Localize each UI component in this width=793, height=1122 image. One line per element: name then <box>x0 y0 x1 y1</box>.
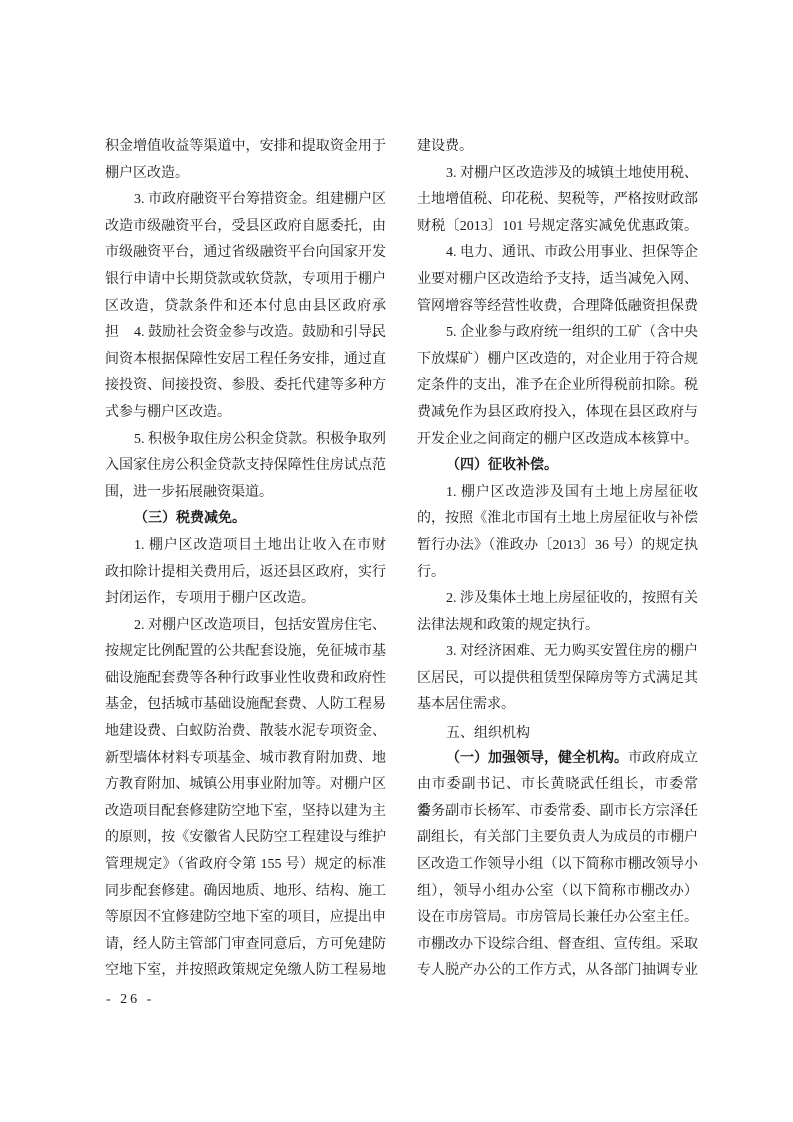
body-text: 改造项目配套修建防空地下室，坚持以建为主 <box>105 804 386 819</box>
text-line: 区改造，贷款条件和还本付息由县区政府承担。 <box>105 294 386 321</box>
body-text: 棚户区改造。 <box>105 166 189 181</box>
text-line: 入国家住房公积金贷款支持保障性住房试点范 <box>105 453 386 480</box>
body-text: 土地增值税、印花税、契税等，严格按财政部 <box>417 192 698 207</box>
text-line: 3. 市政府融资平台筹措资金。组建棚户区 <box>105 187 386 214</box>
text-line: 地建设费、白蚁防治费、散装水泥专项资金、 <box>105 719 386 746</box>
text-line: 按规定比例配置的公共配套设施，免征城市基 <box>105 639 386 666</box>
text-line: 的，按照《淮北市国有土地上房屋征收与补偿 <box>417 506 698 533</box>
body-text: 积金增值收益等渠道中，安排和提取资金用于 <box>105 139 386 154</box>
text-line: 法律法规和政策的规定执行。 <box>417 613 698 640</box>
text-line: 2. 涉及集体土地上房屋征收的，按照有关 <box>417 586 698 613</box>
body-text: 2. 对棚户区改造项目，包括安置房住宅、 <box>134 618 386 633</box>
body-text: 开发企业之间商定的棚户区改造成本核算中。 <box>417 432 698 447</box>
text-line: 由市委副书记、市长黄晓武任组长，市委常委、 <box>417 772 698 799</box>
body-text: 基金，包括城市基础设施配套费、人防工程易 <box>105 697 386 712</box>
body-text: 改造市级融资平台，受县区政府自愿委托，由 <box>105 219 386 234</box>
text-line: 积金增值收益等渠道中，安排和提取资金用于 <box>105 134 386 161</box>
text-line: 五、组织机构 <box>417 719 698 746</box>
body-text: 5. 企业参与政府统一组织的工矿（含中央 <box>446 325 698 340</box>
body-text: 暂行办法》（淮政办〔2013〕36 号）的规定执 <box>417 538 698 553</box>
text-line: 5. 积极争取住房公积金贷款。积极争取列 <box>105 427 386 454</box>
body-text: 市棚改办下设综合组、督查组、宣传组。采取 <box>417 937 698 952</box>
text-line: 新型墙体材料专项基金、城市教育附加费、地 <box>105 746 386 773</box>
document-page: 积金增值收益等渠道中，安排和提取资金用于棚户区改造。3. 市政府融资平台筹措资金… <box>0 0 793 1122</box>
text-line: 改造项目配套修建防空地下室，坚持以建为主 <box>105 799 386 826</box>
text-line: 4. 电力、通讯、市政公用事业、担保等企 <box>417 240 698 267</box>
text-line: 管理规定》（省政府令第 155 号）规定的标准 <box>105 852 386 879</box>
text-line: 区居民，可以提供租赁型保障房等方式满足其 <box>417 666 698 693</box>
body-text: 的原则，按《安徽省人民防空工程建设与维护 <box>105 830 386 845</box>
body-text: 业要对棚户区改造给予支持，适当减免入网、 <box>417 272 698 287</box>
text-line: 的原则，按《安徽省人民防空工程建设与维护 <box>105 825 386 852</box>
text-line: 建设费。 <box>417 134 698 161</box>
text-line: 5. 企业参与政府统一组织的工矿（含中央 <box>417 320 698 347</box>
body-text: 等原因不宜修建防空地下室的项目，应提出申 <box>105 910 386 925</box>
body-text: 3. 市政府融资平台筹措资金。组建棚户区 <box>134 192 386 207</box>
text-line: 专人脱产办公的工作方式，从各部门抽调专业 <box>417 958 698 985</box>
body-text: 请，经人防主管部门审查同意后，方可免建防 <box>105 937 386 952</box>
text-line: （三）税费减免。 <box>105 506 386 533</box>
text-line: 管网增容等经营性收费，合理降低融资担保费 <box>417 294 698 321</box>
body-text: 础设施配套费等各种行政事业性收费和政府性 <box>105 671 386 686</box>
body-text: 同步配套修建。确因地质、地形、结构、施工 <box>105 884 386 899</box>
section-heading: 五、组织机构 <box>446 724 530 740</box>
body-text: 空地下室，并按照政策规定免缴人防工程易地 <box>105 963 386 978</box>
text-line: 土地增值税、印花税、契税等，严格按财政部 <box>417 187 698 214</box>
text-line: 区改造工作领导小组（以下简称市棚改领导小 <box>417 852 698 879</box>
column-right: 建设费。3. 对棚户区改造涉及的城镇土地使用税、土地增值税、印花税、契税等，严格… <box>417 134 698 985</box>
body-text: 专人脱产办公的工作方式，从各部门抽调专业 <box>417 963 698 978</box>
text-line: 棚户区改造。 <box>105 161 386 188</box>
text-line: 式参与棚户区改造。 <box>105 400 386 427</box>
text-line: 基金，包括城市基础设施配套费、人防工程易 <box>105 692 386 719</box>
text-line: 银行申请中长期贷款或软贷款，专项用于棚户 <box>105 267 386 294</box>
text-line: 市棚改办下设综合组、督查组、宣传组。采取 <box>417 932 698 959</box>
body-text: 财税〔2013〕101 号规定落实减免优惠政策。 <box>417 219 698 234</box>
body-text: 法律法规和政策的规定执行。 <box>417 618 599 633</box>
subsection-heading: （三）税费减免。 <box>134 511 246 526</box>
text-line: 开发企业之间商定的棚户区改造成本核算中。 <box>417 427 698 454</box>
text-line: 改造市级融资平台，受县区政府自愿委托，由 <box>105 214 386 241</box>
text-line: 等原因不宜修建防空地下室的项目，应提出申 <box>105 905 386 932</box>
body-text: 区改造工作领导小组（以下简称市棚改领导小 <box>417 857 698 872</box>
body-text: 市级融资平台，通过省级融资平台向国家开发 <box>105 245 386 260</box>
text-line: 行。 <box>417 560 698 587</box>
body-text: 式参与棚户区改造。 <box>105 405 231 420</box>
text-line: 组），领导小组办公室（以下简称市棚改办） <box>417 879 698 906</box>
text-line: 础设施配套费等各种行政事业性收费和政府性 <box>105 666 386 693</box>
text-line: 3. 对经济困难、无力购买安置住房的棚户 <box>417 639 698 666</box>
text-line: 基本居住需求。 <box>417 692 698 719</box>
body-text: 3. 对棚户区改造涉及的城镇土地使用税、 <box>446 166 698 181</box>
body-text: 设在市房管局。市房管局长兼任办公室主任。 <box>417 910 698 925</box>
text-line: 副组长，有关部门主要负责人为成员的市棚户 <box>417 825 698 852</box>
body-text: 常务副市长杨军、市委常委、副市长方宗泽任 <box>417 804 698 819</box>
document-body: 积金增值收益等渠道中，安排和提取资金用于棚户区改造。3. 市政府融资平台筹措资金… <box>105 134 698 985</box>
text-line: 封闭运作，专项用于棚户区改造。 <box>105 586 386 613</box>
body-text: 下放煤矿）棚户区改造的，对企业用于符合规 <box>417 352 698 367</box>
subsection-heading: （一）加强领导，健全机构。 <box>446 751 628 766</box>
body-text: 定条件的支出，准予在企业所得税前扣除。税 <box>417 378 698 393</box>
body-text: 政扣除计提相关费用后，返还县区政府，实行 <box>105 565 386 580</box>
text-line: 间资本根据保障性安居工程任务安排，通过直 <box>105 347 386 374</box>
body-text: 接投资、间接投资、参股、委托代建等多种方 <box>105 378 386 393</box>
body-text: 1. 棚户区改造涉及国有土地上房屋征收 <box>446 485 698 500</box>
body-text: 副组长，有关部门主要负责人为成员的市棚户 <box>417 830 698 845</box>
text-line: 4. 鼓励社会资金参与改造。鼓励和引导民 <box>105 320 386 347</box>
body-text: 间资本根据保障性安居工程任务安排，通过直 <box>105 352 386 367</box>
body-text: 地建设费、白蚁防治费、散装水泥专项资金、 <box>105 724 386 739</box>
page-number: - 26 - <box>106 992 154 1008</box>
text-line: 常务副市长杨军、市委常委、副市长方宗泽任 <box>417 799 698 826</box>
text-line: （一）加强领导，健全机构。市政府成立 <box>417 746 698 773</box>
text-line: 市级融资平台，通过省级融资平台向国家开发 <box>105 240 386 267</box>
text-line: 设在市房管局。市房管局长兼任办公室主任。 <box>417 905 698 932</box>
text-line: 财税〔2013〕101 号规定落实减免优惠政策。 <box>417 214 698 241</box>
text-line: 政扣除计提相关费用后，返还县区政府，实行 <box>105 560 386 587</box>
body-text: 的，按照《淮北市国有土地上房屋征收与补偿 <box>417 511 698 526</box>
text-line: 1. 棚户区改造项目土地出让收入在市财 <box>105 533 386 560</box>
body-text: 3. 对经济困难、无力购买安置住房的棚户 <box>446 644 698 659</box>
text-line: 同步配套修建。确因地质、地形、结构、施工 <box>105 879 386 906</box>
subsection-heading: （四）征收补偿。 <box>446 458 558 473</box>
body-text: 新型墙体材料专项基金、城市教育附加费、地 <box>105 751 386 766</box>
text-line: 1. 棚户区改造涉及国有土地上房屋征收 <box>417 480 698 507</box>
text-line: 方教育附加、城镇公用事业附加等。对棚户区 <box>105 772 386 799</box>
text-line: 定条件的支出，准予在企业所得税前扣除。税 <box>417 373 698 400</box>
body-text: 费减免作为县区政府投入，体现在县区政府与 <box>417 405 698 420</box>
body-text: 围，进一步拓展融资渠道。 <box>105 485 273 500</box>
body-text: 入国家住房公积金贷款支持保障性住房试点范 <box>105 458 386 473</box>
text-line: 2. 对棚户区改造项目，包括安置房住宅、 <box>105 613 386 640</box>
text-line: 围，进一步拓展融资渠道。 <box>105 480 386 507</box>
text-line: 暂行办法》（淮政办〔2013〕36 号）的规定执 <box>417 533 698 560</box>
text-line: 接投资、间接投资、参股、委托代建等多种方 <box>105 373 386 400</box>
body-text: 银行申请中长期贷款或软贷款，专项用于棚户 <box>105 272 386 287</box>
body-text: 管网增容等经营性收费，合理降低融资担保费 <box>417 299 698 314</box>
body-text: 4. 鼓励社会资金参与改造。鼓励和引导民 <box>134 325 386 340</box>
body-text: 2. 涉及集体土地上房屋征收的，按照有关 <box>446 591 698 606</box>
body-text: 基本居住需求。 <box>417 697 515 712</box>
text-line: 下放煤矿）棚户区改造的，对企业用于符合规 <box>417 347 698 374</box>
text-line: 空地下室，并按照政策规定免缴人防工程易地 <box>105 958 386 985</box>
body-text: 方教育附加、城镇公用事业附加等。对棚户区 <box>105 777 386 792</box>
body-text: 建设费。 <box>417 139 473 154</box>
body-text: 5. 积极争取住房公积金贷款。积极争取列 <box>134 432 386 447</box>
body-text: 封闭运作，专项用于棚户区改造。 <box>105 591 315 606</box>
body-text: 按规定比例配置的公共配套设施，免征城市基 <box>105 644 386 659</box>
body-text: 区居民，可以提供租赁型保障房等方式满足其 <box>417 671 698 686</box>
body-text: 市政府成立 <box>628 751 698 766</box>
body-text: 管理规定》（省政府令第 155 号）规定的标准 <box>105 857 386 872</box>
text-line: 业要对棚户区改造给予支持，适当减免入网、 <box>417 267 698 294</box>
body-text: 4. 电力、通讯、市政公用事业、担保等企 <box>446 245 698 260</box>
text-line: 3. 对棚户区改造涉及的城镇土地使用税、 <box>417 161 698 188</box>
column-left: 积金增值收益等渠道中，安排和提取资金用于棚户区改造。3. 市政府融资平台筹措资金… <box>105 134 386 985</box>
body-text: 1. 棚户区改造项目土地出让收入在市财 <box>134 538 386 553</box>
body-text: 组），领导小组办公室（以下简称市棚改办） <box>417 884 698 899</box>
text-line: 请，经人防主管部门审查同意后，方可免建防 <box>105 932 386 959</box>
text-line: 费减免作为县区政府投入，体现在县区政府与 <box>417 400 698 427</box>
text-line: （四）征收补偿。 <box>417 453 698 480</box>
body-text: 行。 <box>417 565 445 580</box>
